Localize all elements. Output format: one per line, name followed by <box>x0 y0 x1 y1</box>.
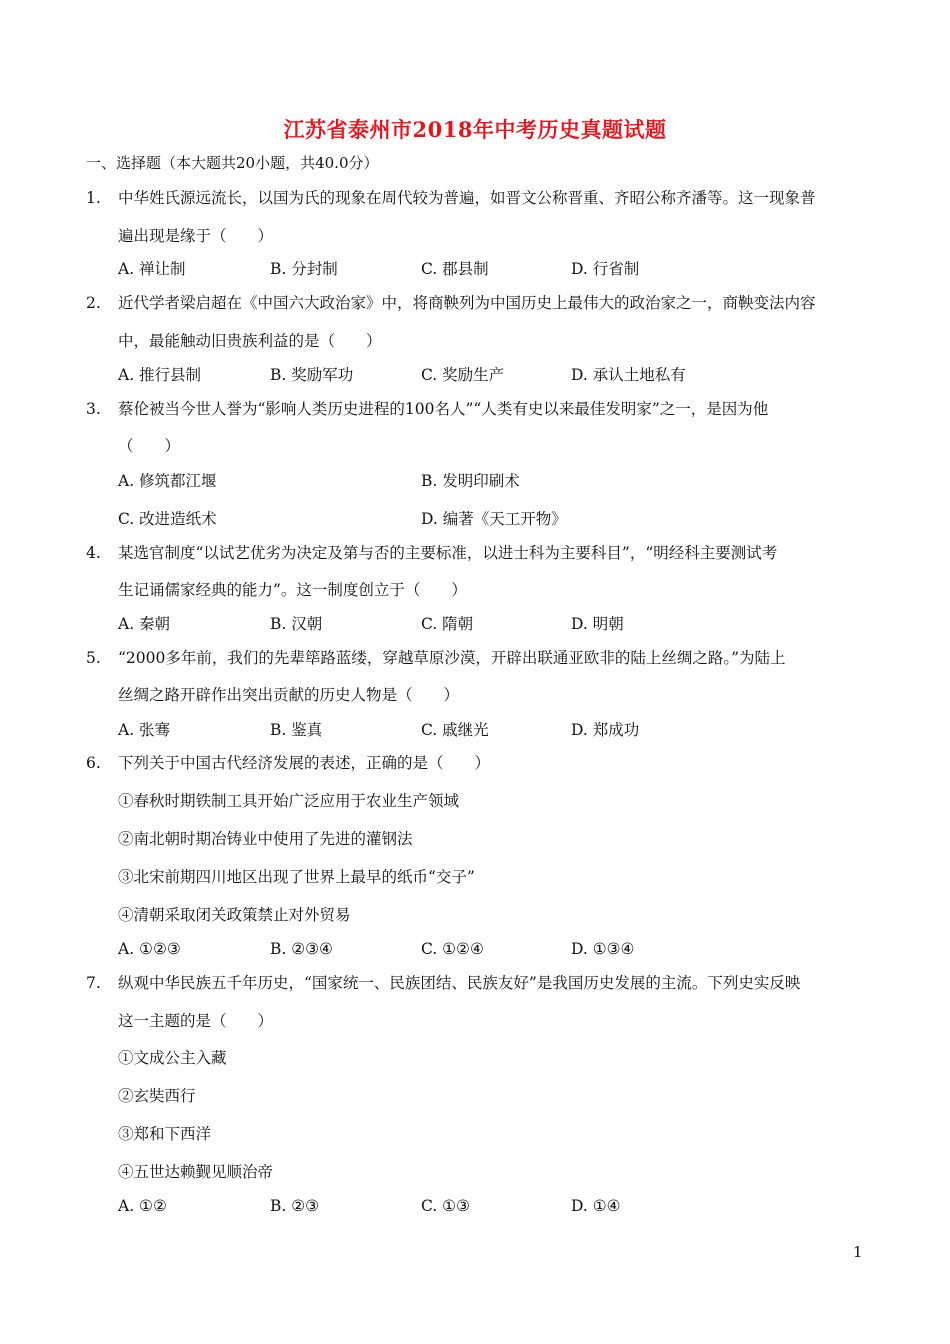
answer-option: D. ①④ <box>571 1196 621 1216</box>
answer-option: B. ②③ <box>270 1196 319 1216</box>
statement-item: ③郑和下西洋 <box>118 1124 211 1144</box>
answer-option: D. ①③④ <box>571 939 634 959</box>
answer-option: B. 汉朝 <box>270 614 322 634</box>
answer-option: D. 编著《天工开物》 <box>421 509 567 529</box>
answer-option: A. ①② <box>118 1196 167 1216</box>
question-text: 近代学者梁启超在《中国六大政治家》中，将商鞅列为中国历史上最伟大的政治家之一，商… <box>118 293 816 313</box>
answer-option: D. 明朝 <box>571 614 624 634</box>
answer-option: C. 奖励生产 <box>421 365 504 385</box>
question-number: 3. <box>86 399 101 419</box>
question-text: 这一主题的是（ ） <box>118 1011 273 1031</box>
question-text: （ ） <box>118 436 180 456</box>
answer-option: C. 改进造纸术 <box>118 509 217 529</box>
statement-item: ②南北朝时期冶铸业中使用了先进的灌钢法 <box>118 829 413 849</box>
answer-option: D. 承认土地私有 <box>571 365 686 385</box>
statement-item: ④清朝采取闭关政策禁止对外贸易 <box>118 905 351 925</box>
question-text: 生记诵儒家经典的能力”。这一制度创立于（ ） <box>118 580 467 600</box>
answer-option: B. 奖励军功 <box>270 365 353 385</box>
question-number: 7. <box>86 973 101 993</box>
answer-option: B. ②③④ <box>270 939 333 959</box>
answer-option: A. 修筑都江堰 <box>118 471 217 491</box>
page-title: 江苏省泰州市2018年中考历史真题试题 <box>0 114 950 144</box>
statement-item: ③北宋前期四川地区出现了世界上最早的纸币“交子” <box>118 867 475 887</box>
question-number: 4. <box>86 543 101 563</box>
question-number: 2. <box>86 293 101 313</box>
exam-page: 江苏省泰州市2018年中考历史真题试题 一、选择题（本大题共20小题，共40.0… <box>0 0 950 1344</box>
question-number: 1. <box>86 188 101 208</box>
question-text: 某选官制度“以试艺优劣为决定及第与否的主要标准，以进士科为主要科目”，“明经科主… <box>118 543 777 563</box>
section-heading: 一、选择题（本大题共20小题，共40.0分） <box>86 152 379 173</box>
answer-option: C. 隋朝 <box>421 614 473 634</box>
answer-option: D. 郑成功 <box>571 720 639 740</box>
answer-option: A. 推行县制 <box>118 365 201 385</box>
statement-item: ④五世达赖觐见顺治帝 <box>118 1162 273 1182</box>
question-text: 中华姓氏源远流长，以国为氏的现象在周代较为普遍，如晋文公称晋重、齐昭公称齐潘等。… <box>118 188 816 208</box>
answer-option: B. 分封制 <box>270 259 338 279</box>
question-number: 6. <box>86 753 101 773</box>
question-number: 5. <box>86 648 101 668</box>
answer-option: C. 郡县制 <box>421 259 489 279</box>
answer-option: C. ①②④ <box>421 939 484 959</box>
question-text: 纵观中华民族五千年历史，“国家统一、民族团结、民族友好”是我国历史发展的主流。下… <box>118 973 800 993</box>
answer-option: B. 鉴真 <box>270 720 322 740</box>
statement-item: ①文成公主入藏 <box>118 1048 227 1068</box>
statement-item: ②玄奘西行 <box>118 1086 196 1106</box>
question-text: 蔡伦被当今世人誉为“影响人类历史进程的100名人”“人类有史以来最佳发明家”之一… <box>118 399 768 419</box>
answer-option: A. 秦朝 <box>118 614 170 634</box>
answer-option: C. ①③ <box>421 1196 470 1216</box>
answer-option: A. 张骞 <box>118 720 170 740</box>
answer-option: B. 发明印刷术 <box>421 471 520 491</box>
question-text: 丝绸之路开辟作出突出贡献的历史人物是（ ） <box>118 685 459 705</box>
question-text: 下列关于中国古代经济发展的表述，正确的是（ ） <box>118 753 490 773</box>
answer-option: C. 戚继光 <box>421 720 489 740</box>
question-text: 中，最能触动旧贵族利益的是（ ） <box>118 331 382 351</box>
statement-item: ①春秋时期铁制工具开始广泛应用于农业生产领域 <box>118 791 459 811</box>
question-text: 遍出现是缘于（ ） <box>118 226 273 246</box>
answer-option: A. 禅让制 <box>118 259 186 279</box>
question-text: “2000多年前，我们的先辈筚路蓝缕，穿越草原沙漠，开辟出联通亚欧非的陆上丝绸之… <box>118 648 786 668</box>
answer-option: A. ①②③ <box>118 939 181 959</box>
answer-option: D. 行省制 <box>571 259 639 279</box>
page-number: 1 <box>853 1243 863 1261</box>
